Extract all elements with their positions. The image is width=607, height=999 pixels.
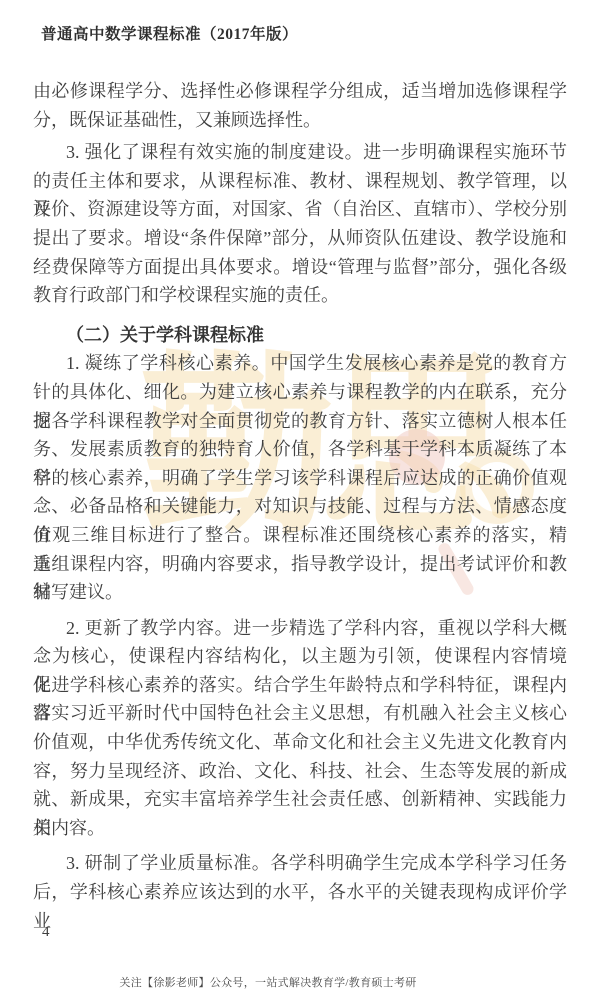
text-line: 重组课程内容，明确内容要求，指导教学设计，提出考试评价和教材	[33, 550, 567, 579]
text-line: 1. 凝练了学科核心素养。中国学生发展核心素养是党的教育方	[33, 349, 567, 378]
text-line: 分，既保证基础性，又兼顾选择性。	[33, 106, 567, 135]
text-line: 容，努力呈现经济、政治、文化、科技、社会、生态等发展的新成	[33, 757, 567, 786]
text-line: 落实习近平新时代中国特色社会主义思想，有机融入社会主义核心	[33, 699, 567, 728]
text-line: 提出了要求。增设“条件保障”部分，从师资队伍建设、教学设施和	[33, 224, 567, 253]
text-line: 经费保障等方面提出具体要求。增设“管理与监督”部分，强化各级	[33, 253, 567, 282]
text-line: 编写建议。	[33, 578, 567, 607]
text-line: 掘各学科课程教学对全面贯彻党的教育方针、落实立德树人根本任	[33, 407, 567, 436]
text-line: 3. 研制了学业质量标准。各学科明确学生完成本学科学习任务	[33, 849, 567, 878]
footer-note: 关注【徐影老师】公众号，一站式解决教育学/教育硕士考研	[0, 974, 536, 990]
text-line: 针的具体化、细化。为建立核心素养与课程教学的内在联系，充分挖	[33, 378, 567, 407]
text-line: 由必修课程学分、选择性必修课程学分组成，适当增加选修课程学	[33, 77, 567, 106]
text-line: 评价、资源建设等方面，对国家、省（自治区、直辖市）、学校分别	[33, 195, 567, 224]
document-lines: 由必修课程学分、选择性必修课程学分组成，适当增加选修课程学分，既保证基础性，又兼…	[33, 77, 567, 907]
text-line: 促进学科核心素养的落实。结合学生年龄特点和学科特征，课程内容	[33, 671, 567, 700]
text-line: 值观三维目标进行了整合。课程标准还围绕核心素养的落实，精选、	[33, 521, 567, 550]
text-line: 教育行政部门和学校课程实施的责任。	[33, 281, 567, 310]
section-heading: （二）关于学科课程标准	[33, 321, 567, 350]
page-header-title: 普通高中数学课程标准（2017年版）	[41, 22, 298, 44]
text-line: 2. 更新了教学内容。进一步精选了学科内容，重视以学科大概	[33, 614, 567, 643]
text-line: 的责任主体和要求，从课程标准、教材、课程规划、教学管理，以及	[33, 167, 567, 196]
text-line: 科的核心素养，明确了学生学习该学科课程后应达成的正确价值观	[33, 464, 567, 493]
page-number: 4	[42, 924, 50, 941]
text-line: 务、发展素质教育的独特育人价值，各学科基于学科本质凝练了本学	[33, 435, 567, 464]
text-line: 就、新成果，充实丰富培养学生社会责任感、创新精神、实践能力相	[33, 785, 567, 814]
text-line: 价值观，中华优秀传统文化、革命文化和社会主义先进文化教育内	[33, 728, 567, 757]
document-page: 勤思 普通高中数学课程标准（2017年版） 由必修课程学分、选择性必修课程学分组…	[0, 0, 607, 999]
text-line: 3. 强化了课程有效实施的制度建设。进一步明确课程实施环节	[33, 138, 567, 167]
text-line: 后，学科核心素养应该达到的水平，各水平的关键表现构成评价学业	[33, 878, 567, 907]
text-line: 关内容。	[33, 814, 567, 843]
text-line: 念、必备品格和关键能力，对知识与技能、过程与方法、情感态度价	[33, 492, 567, 521]
text-line: 念为核心，使课程内容结构化，以主题为引领，使课程内容情境化，	[33, 642, 567, 671]
